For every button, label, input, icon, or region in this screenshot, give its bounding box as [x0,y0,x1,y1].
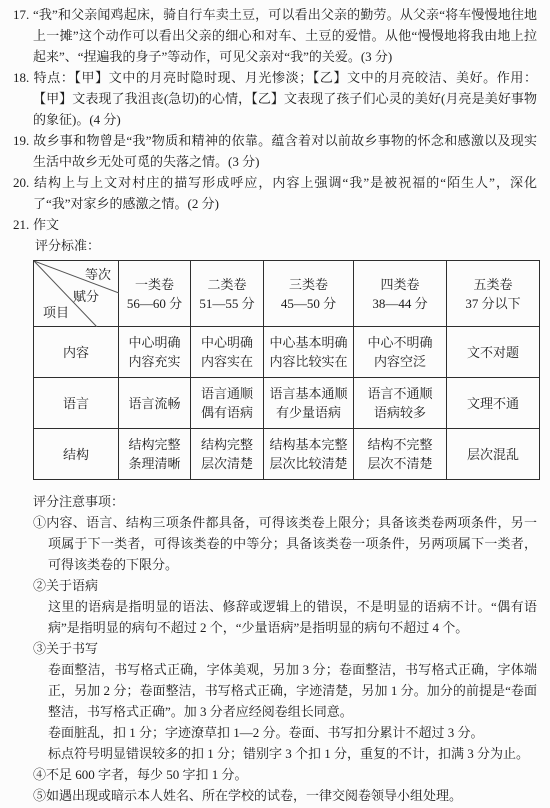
cell-line: 结构完整 [191,435,263,454]
answer-item-21: 21.作文 [33,214,537,235]
note-5: ⑤如遇出现或暗示本人姓名、所在学校的试卷，一律交阅卷领导小组处理。 [48,785,537,806]
row-header: 语言 [34,378,119,429]
column-header: 五类卷37 分以下 [447,261,540,327]
cell-line: 语言流畅 [119,394,190,413]
corner-label-grade: 等次 [85,268,111,281]
column-title: 二类卷 [191,275,263,294]
table-cell: 中心不明确内容空泛 [354,327,447,378]
column-title: 三类卷 [264,275,353,294]
corner-label-score: 赋分 [73,290,99,303]
table-cell: 结构不完整层次不清楚 [354,429,447,480]
question-number: 17. [13,4,33,25]
note-2-body: 这里的语病是指明显的语法、修辞或逻辑上的错误，不是明显的语病不计。“偶有语病”是… [48,596,537,638]
cell-line: 层次清楚 [191,454,263,473]
table-cell: 中心基本明确内容比较实在 [264,327,354,378]
column-range: 38—44 分 [354,294,446,313]
answer-text: 结构上与上文对村庄的描写形成呼应，内容上强调“我”是被祝福的“陌生人”，深化了“… [33,175,537,211]
answer-text: 作文 [33,217,59,232]
cell-line: 中心基本明确 [264,333,353,352]
cell-line: 结构完整 [119,435,190,454]
answer-key-page: 17.“我”和父亲闻鸡起床，骑自行车卖土豆，可以看出父亲的勤劳。从父亲“将车慢慢… [0,0,550,806]
note-3-para-3: 标点符号明显错误较多的扣 1 分；错别字 3 个扣 1 分，重复的不计，扣满 3… [48,743,537,764]
answer-item-19: 19.故乡事和物曾是“我”物质和精神的依靠。蕴含着对以前故乡事物的怀念和感激以及… [33,130,537,172]
table-cell: 文不对题 [447,327,540,378]
table-cell: 结构完整条理清晰 [119,429,191,480]
table-row: 语言 语言流畅 语言通顺偶有语病 语言基本通顺有少量语病 语言不通顺语病较多 文… [34,378,540,429]
cell-line: 结构不完整 [354,435,446,454]
cell-line: 层次不清楚 [354,454,446,473]
cell-line: 结构基本完整 [264,435,353,454]
table-row: 结构 结构完整条理清晰 结构完整层次清楚 结构基本完整层次比较清楚 结构不完整层… [34,429,540,480]
answer-item-20: 20.结构上与上文对村庄的描写形成呼应，内容上强调“我”是被祝福的“陌生人”，深… [33,172,537,214]
cell-line: 中心明确 [191,333,263,352]
table-cell: 语言流畅 [119,378,191,429]
notes-title: 评分注意事项： [33,491,537,512]
row-header: 结构 [34,429,119,480]
column-title: 五类卷 [447,275,539,294]
table-row: 内容 中心明确内容充实 中心明确内容实在 中心基本明确内容比较实在 中心不明确内… [34,327,540,378]
table-cell: 结构基本完整层次比较清楚 [264,429,354,480]
table-cell: 语言不通顺语病较多 [354,378,447,429]
note-3-heading: ③关于书写 [48,638,537,659]
rubric-label: 评分标准： [35,235,537,256]
cell-line: 有少量语病 [264,403,353,422]
note-2-heading: ②关于语病 [48,575,537,596]
note-3-para-1: 卷面整洁，书写格式正确，字体美观，另加 3 分；卷面整洁，书写格式正确，字体端正… [48,659,537,722]
column-range: 56—60 分 [119,294,190,313]
rubric-table: 等次 赋分 项目 一类卷56—60 分 二类卷51—55 分 三类卷45—50 … [33,260,540,480]
table-cell: 文理不通 [447,378,540,429]
column-range: 51—55 分 [191,294,263,313]
note-4: ④不足 600 字者，每少 50 字扣 1 分。 [48,764,537,785]
cell-line: 中心不明确 [354,333,446,352]
column-header: 四类卷38—44 分 [354,261,447,327]
answer-text: 特点：【甲】文中的月亮时隐时现、月光惨淡；【乙】文中的月亮皎洁、美好。作用：【甲… [33,70,537,127]
answer-item-18: 18.特点：【甲】文中的月亮时隐时现、月光惨淡；【乙】文中的月亮皎洁、美好。作用… [33,67,537,130]
answer-text: 故乡事和物曾是“我”物质和精神的依靠。蕴含着对以前故乡事物的怀念和感激以及现实生… [33,133,537,169]
question-number: 19. [13,130,33,151]
cell-line: 语病较多 [354,403,446,422]
cell-line: 语言基本通顺 [264,384,353,403]
cell-line: 条理清晰 [119,454,190,473]
cell-line: 中心明确 [119,333,190,352]
column-header: 一类卷56—60 分 [119,261,191,327]
cell-line: 层次比较清楚 [264,454,353,473]
cell-line: 内容实在 [191,352,263,371]
cell-line: 文不对题 [447,343,539,362]
cell-line: 偶有语病 [191,403,263,422]
cell-line: 语言不通顺 [354,384,446,403]
question-number: 21. [13,214,33,235]
cell-line: 文理不通 [447,394,539,413]
table-cell: 层次混乱 [447,429,540,480]
column-range: 37 分以下 [447,294,539,313]
column-header: 三类卷45—50 分 [264,261,354,327]
note-1: ①内容、语言、结构三项条件都具备，可得该类卷上限分；具备该类卷两项条件，另一项属… [48,512,537,575]
table-cell: 中心明确内容实在 [191,327,264,378]
note-3-para-2: 卷面脏乱，扣 1 分；字迹潦草扣 1—2 分。卷面、书写扣分累计不超过 3 分。 [48,722,537,743]
column-header: 二类卷51—55 分 [191,261,264,327]
table-cell: 语言基本通顺有少量语病 [264,378,354,429]
row-header: 内容 [34,327,119,378]
corner-label-item: 项目 [43,306,69,319]
column-range: 45—50 分 [264,294,353,313]
table-cell: 中心明确内容充实 [119,327,191,378]
cell-line: 内容空泛 [354,352,446,371]
column-title: 一类卷 [119,275,190,294]
table-corner-cell: 等次 赋分 项目 [34,261,119,327]
cell-line: 语言通顺 [191,384,263,403]
table-cell: 语言通顺偶有语病 [191,378,264,429]
column-title: 四类卷 [354,275,446,294]
cell-line: 内容充实 [119,352,190,371]
question-number: 20. [13,172,33,193]
cell-line: 层次混乱 [447,445,539,464]
answer-text: “我”和父亲闻鸡起床，骑自行车卖土豆，可以看出父亲的勤劳。从父亲“将车慢慢地往地… [33,7,537,64]
answer-item-17: 17.“我”和父亲闻鸡起床，骑自行车卖土豆，可以看出父亲的勤劳。从父亲“将车慢慢… [33,4,537,67]
table-cell: 结构完整层次清楚 [191,429,264,480]
question-number: 18. [13,67,33,88]
cell-line: 内容比较实在 [264,352,353,371]
